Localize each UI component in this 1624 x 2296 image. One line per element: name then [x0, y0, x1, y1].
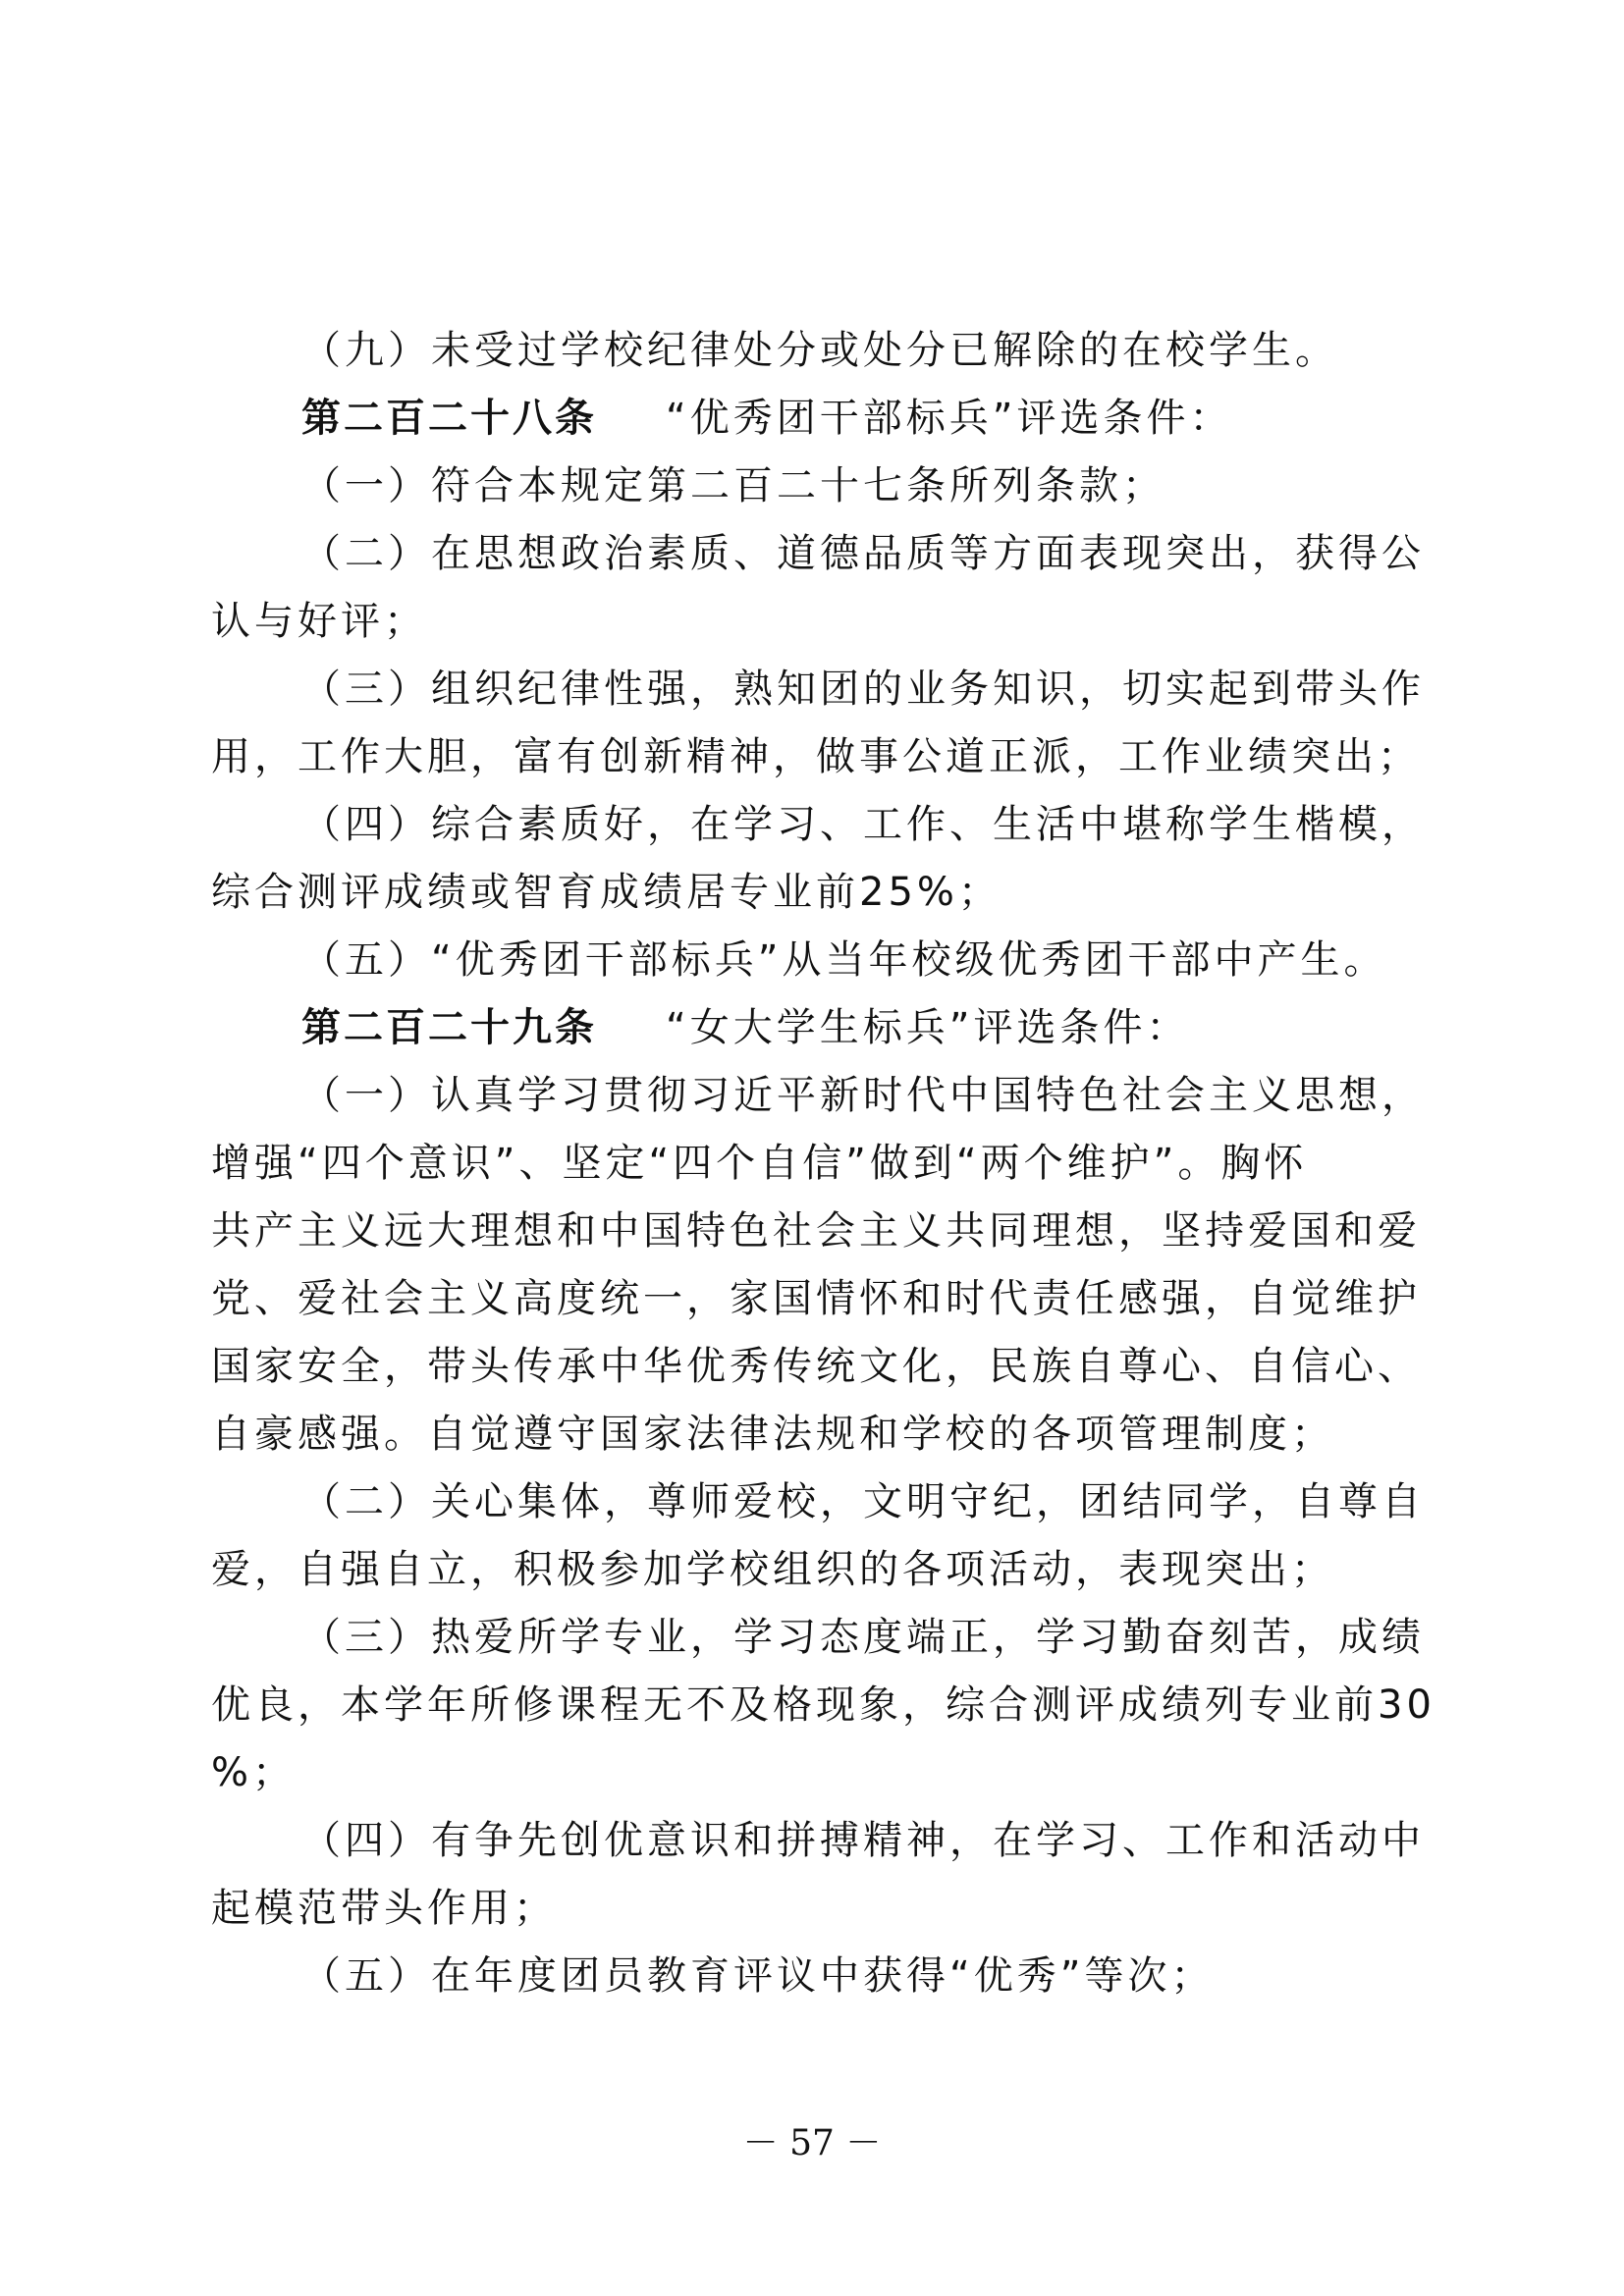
clause-line: （二）关心集体，尊师爱校，文明守纪，团结同学，自尊自 [211, 1472, 1440, 1540]
line-text: 优良，本学年所修课程无不及格现象，综合测评成绩列专业前30 [211, 1682, 1435, 1728]
article-number: 第二百二十九条 [301, 1005, 597, 1050]
article-heading-229: 第二百二十九条“女大学生标兵”评选条件： [211, 998, 1440, 1066]
document-body: （九）未受过学校纪律处分或处分已解除的在校学生。 第二百二十八条“优秀团干部标兵… [211, 321, 1440, 2014]
continuation-line: 共产主义远大理想和中国特色社会主义共同理想，坚持爱国和爱 [211, 1201, 1440, 1269]
line-text: 爱，自强自立，积极参加学校组织的各项活动，表现突出； [211, 1547, 1334, 1592]
clause-line: （四）综合素质好，在学习、工作、生活中堪称学生楷模， [211, 795, 1440, 863]
clause-line: （一）认真学习贯彻习近平新时代中国特色社会主义思想， [211, 1066, 1440, 1134]
continuation-line: %； [211, 1743, 1440, 1811]
clause-line: （五）“优秀团干部标兵”从当年校级优秀团干部中产生。 [211, 931, 1440, 998]
clause-line: （三）热爱所学专业，学习态度端正，学习勤奋刻苦，成绩 [211, 1608, 1440, 1676]
line-text: （四）综合素质好，在学习、工作、生活中堪称学生楷模， [301, 802, 1425, 847]
continuation-line: 综合测评成绩或智育成绩居专业前25%； [211, 863, 1440, 931]
line-text: 综合测评成绩或智育成绩居专业前25%； [211, 870, 1001, 915]
continuation-line: 起模范带头作用； [211, 1879, 1440, 1947]
line-text: （五）在年度团员教育评议中获得“优秀”等次； [301, 1953, 1214, 1999]
line-text: （四）有争先创优意识和拼搏精神，在学习、工作和活动中 [301, 1818, 1425, 1863]
article-heading-228: 第二百二十八条“优秀团干部标兵”评选条件： [211, 389, 1440, 456]
line-text: 国家安全，带头传承中华优秀传统文化，民族自尊心、自信心、 [211, 1344, 1421, 1389]
line-text: （五）“优秀团干部标兵”从当年校级优秀团干部中产生。 [301, 937, 1386, 983]
continuation-line: 爱，自强自立，积极参加学校组织的各项活动，表现突出； [211, 1540, 1440, 1608]
clause-line: （五）在年度团员教育评议中获得“优秀”等次； [211, 1947, 1440, 2014]
line-text: 党、爱社会主义高度统一，家国情怀和时代责任感强，自觉维护 [211, 1276, 1421, 1321]
line-text: 自豪感强。自觉遵守国家法律法规和学校的各项管理制度； [211, 1412, 1334, 1457]
line-text: 用，工作大胆，富有创新精神，做事公道正派，工作业绩突出； [211, 734, 1421, 779]
line-text: （一）认真学习贯彻习近平新时代中国特色社会主义思想， [301, 1073, 1425, 1118]
continuation-line: 国家安全，带头传承中华优秀传统文化，民族自尊心、自信心、 [211, 1337, 1440, 1405]
line-text: （九）未受过学校纪律处分或处分已解除的在校学生。 [301, 328, 1338, 373]
line-text: %； [211, 1750, 296, 1795]
page-number: － 57 － [0, 2115, 1624, 2165]
clause-line: （四）有争先创优意识和拼搏精神，在学习、工作和活动中 [211, 1811, 1440, 1879]
line-text: 认与好评； [211, 599, 427, 644]
article-title: “优秀团干部标兵”评选条件： [666, 396, 1232, 441]
continuation-line: 用，工作大胆，富有创新精神，做事公道正派，工作业绩突出； [211, 727, 1440, 795]
article-number: 第二百二十八条 [301, 396, 597, 441]
continuation-line: 增强“四个意识”、坚定“四个自信”做到“两个维护”。胸怀 [211, 1134, 1440, 1201]
continuation-line: 优良，本学年所修课程无不及格现象，综合测评成绩列专业前30 [211, 1676, 1440, 1743]
line-text: 增强“四个意识”、坚定“四个自信”做到“两个维护”。胸怀 [211, 1141, 1307, 1186]
line-text: （二）关心集体，尊师爱校，文明守纪，团结同学，自尊自 [301, 1479, 1425, 1524]
clause-line: （九）未受过学校纪律处分或处分已解除的在校学生。 [211, 321, 1440, 389]
line-text: （二）在思想政治素质、道德品质等方面表现突出，获得公 [301, 531, 1425, 576]
line-text: 起模范带头作用； [211, 1886, 557, 1931]
line-text: （三）热爱所学专业，学习态度端正，学习勤奋刻苦，成绩 [301, 1615, 1425, 1660]
continuation-line: 自豪感强。自觉遵守国家法律法规和学校的各项管理制度； [211, 1405, 1440, 1472]
clause-line: （二）在思想政治素质、道德品质等方面表现突出，获得公 [211, 524, 1440, 592]
article-title: “女大学生标兵”评选条件： [666, 1005, 1189, 1050]
continuation-line: 党、爱社会主义高度统一，家国情怀和时代责任感强，自觉维护 [211, 1269, 1440, 1337]
line-text: 共产主义远大理想和中国特色社会主义共同理想，坚持爱国和爱 [211, 1208, 1421, 1254]
line-text: （三）组织纪律性强，熟知团的业务知识，切实起到带头作 [301, 667, 1425, 712]
continuation-line: 认与好评； [211, 592, 1440, 660]
clause-line: （三）组织纪律性强，熟知团的业务知识，切实起到带头作 [211, 660, 1440, 727]
clause-line: （一）符合本规定第二百二十七条所列条款； [211, 456, 1440, 524]
line-text: （一）符合本规定第二百二十七条所列条款； [301, 463, 1165, 508]
